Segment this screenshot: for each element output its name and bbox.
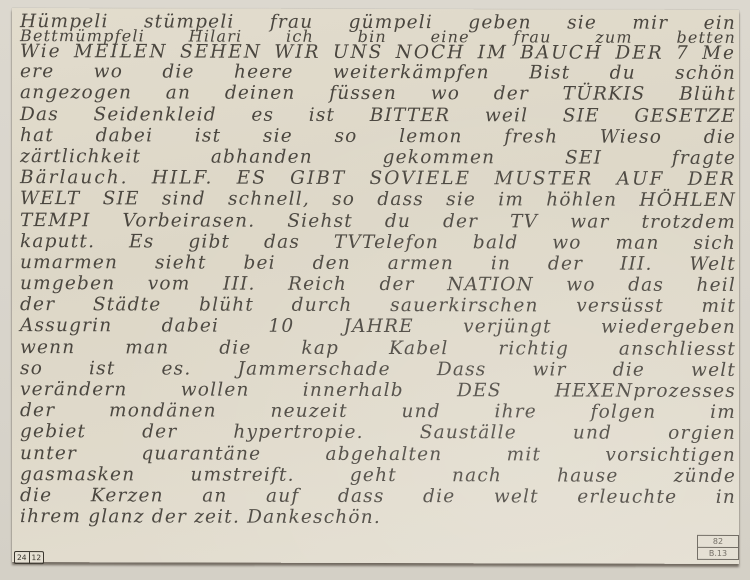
text-line-7: hat dabei ist sie so lemon fresh Wieso d…	[20, 125, 736, 148]
text-line-17: wenn man die kap Kabel richtig anschlies…	[20, 337, 736, 360]
archive-label-left-part1: 24	[15, 552, 29, 563]
handwritten-page: Hümpeli stümpeli frau gümpeli geben sie …	[12, 8, 739, 564]
text-line-9: Bärlauch. HILF. ES GIBT SOVIELE MUSTER A…	[20, 167, 736, 190]
archive-label-right-top: 82	[698, 536, 738, 547]
text-line-10: WELT SIE sind schnell, so dass sie im hö…	[20, 188, 736, 211]
handwritten-text: Hümpeli stümpeli frau gümpeli geben sie …	[20, 11, 736, 529]
text-line-22: unter quarantäne abgehalten mit vorsicht…	[20, 443, 736, 466]
text-line-18: so ist es. Jammerschade Dass wir die wel…	[20, 358, 736, 381]
archive-label-left-part2: 12	[29, 552, 44, 563]
text-line-14: umgeben vom III. Reich der NATION wo das…	[20, 273, 736, 296]
text-line-21: gebiet der hypertropie. Sauställe und or…	[20, 421, 736, 444]
text-line-16: Assugrin dabei 10 JAHRE verjüngt wiederg…	[20, 316, 736, 339]
text-line-19: verändern wollen innerhalb DES HEXENproz…	[20, 379, 736, 402]
text-line-4: ere wo die heere weiterkämpfen Bist du s…	[20, 61, 736, 84]
text-line-8: zärtlichkeit abhanden gekommen SEI fragt…	[20, 146, 736, 169]
text-line-25: ihrem glanz der zeit. Dankeschön.	[20, 506, 736, 529]
text-line-23: gasmasken umstreift. geht nach hause zün…	[20, 464, 736, 487]
archive-label-right-bottom: B.13	[698, 547, 738, 559]
text-line-24: die Kerzen an auf dass die welt erleucht…	[20, 485, 736, 508]
text-line-12: kaputt. Es gibt das TVTelefon bald wo ma…	[20, 231, 736, 254]
text-line-3: Wie MEILEN SEHEN WIR UNS NOCH IM BAUCH D…	[20, 42, 736, 63]
archive-label-left: 24 12	[14, 551, 44, 564]
text-line-20: der mondänen neuzeit und ihre folgen im	[20, 400, 736, 423]
text-line-13: umarmen sieht bei den armen in der III. …	[20, 252, 736, 275]
text-line-5: angezogen an deinen füssen wo der TÜRKIS…	[20, 82, 736, 105]
text-line-15: der Städte blüht durch sauerkirschen ver…	[20, 294, 736, 317]
text-line-11: TEMPI Vorbeirasen. Siehst du der TV war …	[20, 210, 736, 233]
archive-label-right: 82 B.13	[697, 535, 739, 560]
text-line-6: Das Seidenkleid es ist BITTER weil SIE G…	[20, 104, 736, 127]
